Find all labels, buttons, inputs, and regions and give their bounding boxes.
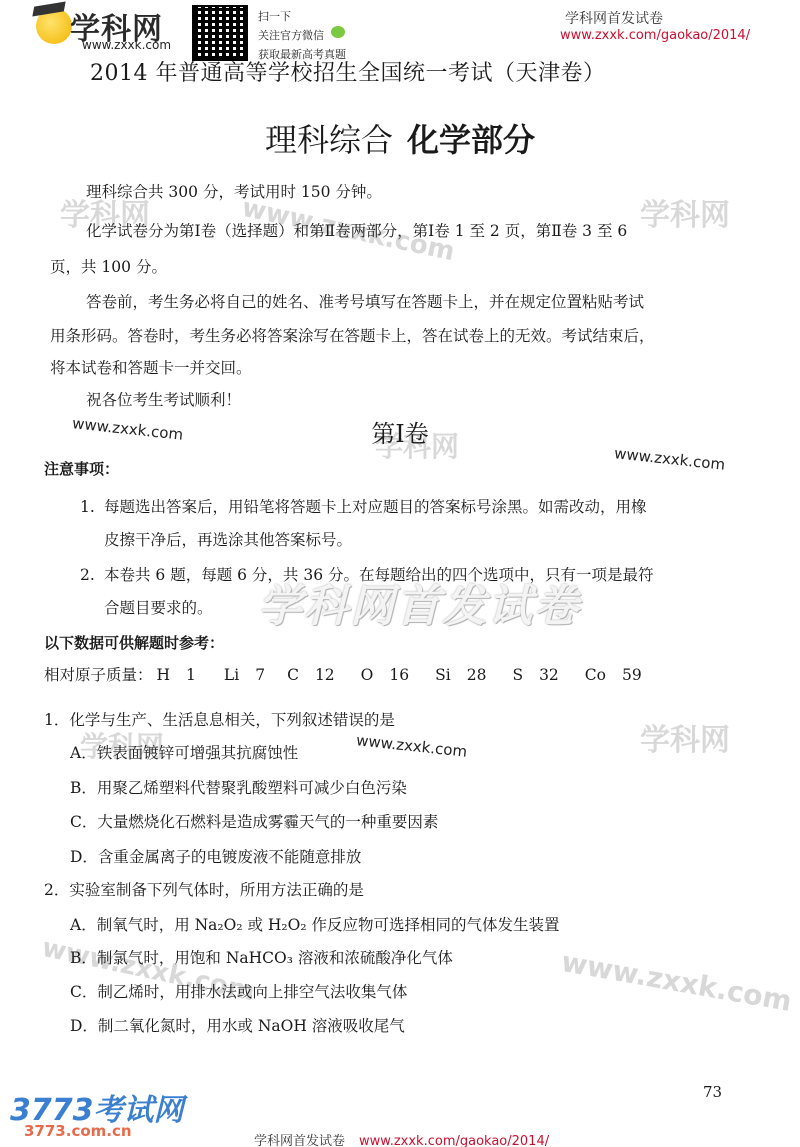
- question-option: D．制二氧化氮时，用水或 NaOH 溶液吸收尾气: [70, 1016, 405, 1036]
- atomic-mass-label: 相对原子质量：: [44, 665, 153, 685]
- document-subtitle: 理科综合化学部分: [0, 115, 800, 161]
- intro-line: 将本试卷和答题卡一并交回。: [50, 358, 252, 378]
- document-title: 2014 年普通高等学校招生全国统一考试（天津卷）: [90, 56, 605, 87]
- element: O: [361, 665, 374, 685]
- mass: 7: [255, 665, 265, 685]
- question-stem: 1．化学与生产、生活息息相关，下列叙述错误的是: [44, 710, 395, 730]
- mass: 12: [315, 665, 335, 685]
- note-number: 2.: [80, 565, 95, 585]
- qr-line-1: 扫一下: [258, 8, 291, 24]
- footer-text: 学科网首发试卷: [254, 1134, 345, 1147]
- element: H: [157, 665, 171, 685]
- element: C: [287, 665, 299, 685]
- intro-line: 理科综合共 300 分，考试用时 150 分钟。: [86, 182, 382, 202]
- question-option: B．用聚乙烯塑料代替聚乳酸塑料可减少白色污染: [70, 778, 407, 798]
- footer: 学科网首发试卷www.zxxk.com/gaokao/2014/: [254, 1130, 549, 1147]
- subtitle-regular: 理科综合: [265, 121, 393, 159]
- note-number: 1.: [80, 497, 95, 517]
- intro-line: 祝各位考生考试顺利！: [86, 390, 241, 410]
- intro-line: 用条形码。答卷时，考生务必将答案涂写在答题卡上，答在试卷上的无效。考试结束后，: [50, 326, 655, 346]
- intro-line: 页，共 100 分。: [50, 257, 167, 277]
- note-line: 皮擦干净后，再选涂其他答案标号。: [104, 530, 352, 550]
- mass: 16: [389, 665, 409, 685]
- site-logo-url[interactable]: www.zxxk.com: [82, 38, 171, 52]
- question-stem: 2．实验室制备下列气体时，所用方法正确的是: [44, 880, 364, 900]
- mass: 28: [467, 665, 487, 685]
- page-number: 73: [703, 1083, 722, 1101]
- reference-heading: 以下数据可供解题时参考：: [44, 632, 224, 653]
- brand-3773-url[interactable]: 3773.com.cn: [24, 1122, 132, 1140]
- section-title: 第Ⅰ卷: [0, 414, 800, 449]
- header-right-url[interactable]: www.zxxk.com/gaokao/2014/: [560, 28, 750, 43]
- intro-line: 答卷前，考生务必将自己的姓名、准考号填写在答题卡上，并在规定位置粘贴考试: [86, 292, 644, 312]
- element: Co: [585, 665, 606, 685]
- qr-line-2: 关注官方微信: [258, 27, 324, 43]
- watermark-logo: 学科网: [640, 190, 730, 234]
- watermark-url: www.zxxk.com: [355, 731, 468, 761]
- watermark-url-faint: www.zxxk.com: [559, 945, 794, 1018]
- wechat-icon: [331, 26, 345, 38]
- watermark-logo: 学科网: [640, 715, 730, 759]
- element: Li: [224, 665, 239, 685]
- question-option: D．含重金属离子的电镀废液不能随意排放: [70, 847, 361, 867]
- question-option: B．制氯气时，用饱和 NaHCO₃ 溶液和浓硫酸净化气体: [70, 948, 453, 968]
- watermark-big: 学科网首发试卷: [258, 570, 580, 634]
- question-option: A．制氧气时，用 Na₂O₂ 或 H₂O₂ 作反应物可选择相同的气体发生装置: [70, 915, 560, 935]
- note-line: 合题目要求的。: [104, 598, 213, 618]
- notes-heading: 注意事项：: [44, 458, 119, 479]
- mass: 59: [622, 665, 642, 685]
- mass: 32: [539, 665, 559, 685]
- footer-url[interactable]: www.zxxk.com/gaokao/2014/: [359, 1134, 549, 1147]
- mass: 1: [186, 665, 196, 685]
- question-option: A．铁表面镀锌可增强其抗腐蚀性: [70, 743, 298, 763]
- element: S: [512, 665, 523, 685]
- note-line: 每题选出答案后，用铅笔将答题卡上对应题目的答案标号涂黑。如需改动，用橡: [104, 497, 647, 517]
- intro-line: 化学试卷分为第Ⅰ卷（选择题）和第Ⅱ卷两部分，第Ⅰ卷 1 至 2 页，第Ⅱ卷 3 …: [86, 221, 627, 241]
- question-option: C．制乙烯时，用排水法或向上排空气法收集气体: [70, 982, 407, 1002]
- subtitle-bold: 化学部分: [407, 121, 535, 159]
- question-option: C．大量燃烧化石燃料是造成雾霾天气的一种重要因素: [70, 812, 438, 832]
- header-right-title: 学科网首发试卷: [565, 8, 663, 28]
- element: Si: [435, 665, 451, 685]
- qr-code-icon: [192, 5, 248, 61]
- atomic-mass-row: 相对原子质量： H 1 Li 7 C 12 O 16 Si 28 S 32 Co…: [44, 665, 642, 685]
